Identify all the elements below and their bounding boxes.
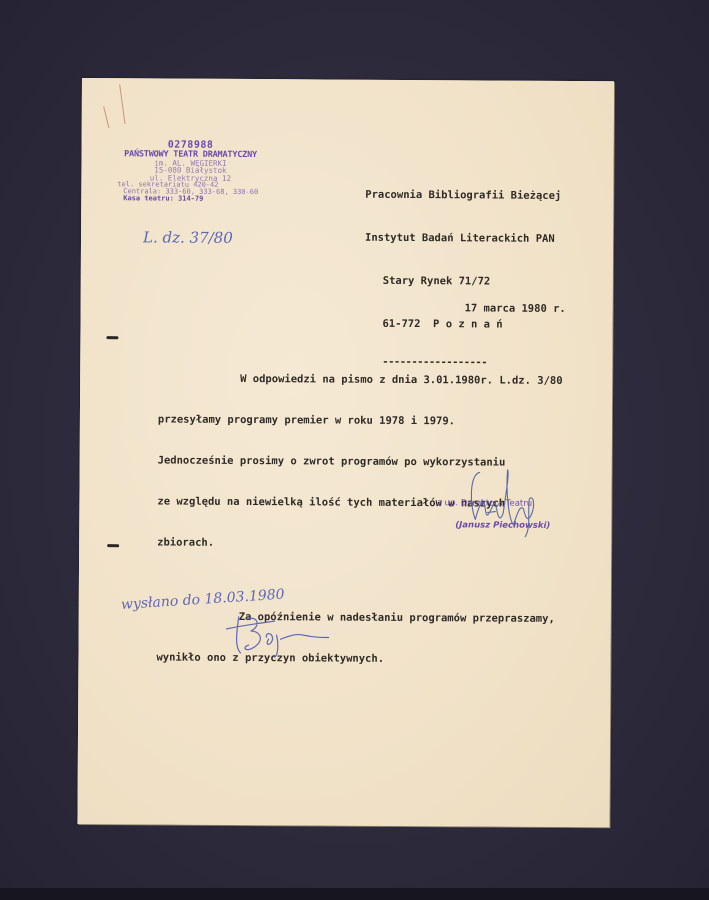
punch-mark (106, 336, 118, 339)
recipient-line-3: Stary Rynek 71/72 (365, 272, 561, 292)
punch-mark (107, 544, 119, 547)
body-line: przesyłamy programy premier w roku 1978 … (158, 411, 563, 430)
stamp-phone-box-office: Kasa teatru: 314-79 (115, 195, 265, 203)
stamp-phone-central: Centrala: 333-60, 333-68, 330-60 (115, 188, 265, 196)
handwritten-initials-icon (224, 609, 334, 660)
paragraph-gap (157, 575, 561, 586)
body-line: Za opóźnienie w nadesłaniu programów prz… (157, 608, 562, 627)
scanner-edge (0, 888, 709, 900)
theatre-stamp: 0278988 PAŃSTWOWY TEATR DRAMATYCZNY im. … (115, 140, 265, 203)
recipient-line-2: Instytut Badań Literackich PAN (365, 229, 561, 249)
recipient-line-4: 61-772 P o z n a ń (364, 315, 560, 335)
paper-crease (103, 106, 109, 128)
handwritten-signature-icon (465, 464, 555, 545)
letter-page: 0278988 PAŃSTWOWY TEATR DRAMATYCZNY im. … (77, 78, 614, 827)
body-line: W odpowiedzi na pismo z dnia 3.01.1980r.… (158, 370, 563, 389)
body-line: wynikło ono z przyczyn obiektywnych. (156, 649, 561, 668)
registry-number-handwritten: L. dz. 37/80 (143, 228, 233, 247)
letter-date: 17 marca 1980 r. (465, 302, 566, 315)
paper-crease (119, 84, 125, 124)
recipient-line-1: Pracownia Bibliografii Bieżącej (365, 186, 561, 206)
